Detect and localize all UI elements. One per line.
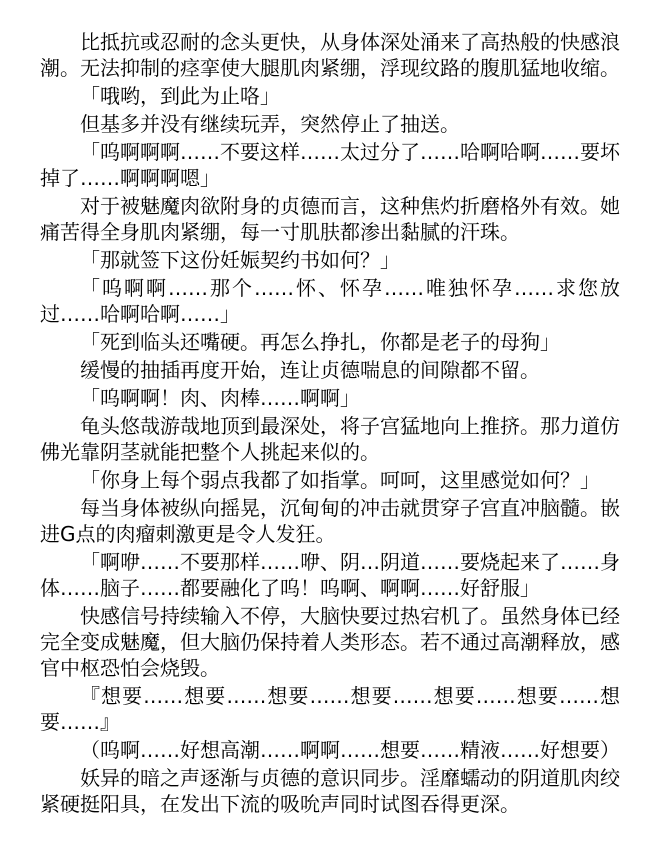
paragraph-narration: 每当身体被纵向摇晃，沉甸甸的冲击就贯穿子宫直冲脑髓。嵌进G点的肉瘤刺激更是令人发… (40, 495, 620, 547)
paragraph-dialogue: 「呜啊啊！肉、肉棒……啊啊」 (40, 385, 620, 411)
paragraph-narration: 比抵抗或忍耐的念头更快，从身体深处涌来了高热般的快感浪潮。无法抑制的痉挛使大腿肌… (40, 29, 620, 81)
paragraph-narration: 缓慢的抽插再度开始，连让贞德喘息的间隙都不留。 (40, 357, 620, 383)
paragraph-narration: 但基多并没有继续玩弄，突然停止了抽送。 (40, 111, 620, 137)
paragraph-dialogue: 「呜啊啊啊……不要这样……太过分了……哈啊哈啊……要坏掉了……啊啊啊嗯」 (40, 139, 620, 191)
paragraph-narration: 龟头悠哉游哉地顶到最深处，将子宫猛地向上推挤。那力道仿佛光靠阴茎就能把整个人挑起… (40, 413, 620, 465)
paragraph-dialogue: 「呜啊啊……那个……怀、怀孕……唯独怀孕……求您放过……哈啊哈啊……」 (40, 275, 620, 327)
paragraph-dialogue: 「哦哟，到此为止咯」 (40, 83, 620, 109)
paragraph-narration: 妖异的暗之声逐渐与贞德的意识同步。淫靡蠕动的阴道肌肉绞紧硬挺阳具，在发出下流的吸… (40, 765, 620, 817)
paragraph-dialogue: 「你身上每个弱点我都了如指掌。呵呵，这里感觉如何？」 (40, 467, 620, 493)
paragraph-dialogue: 「那就签下这份妊娠契约书如何？」 (40, 247, 620, 273)
paragraph-narration: 对于被魅魔肉欲附身的贞德而言，这种焦灼折磨格外有效。她痛苦得全身肌肉紧绷，每一寸… (40, 193, 620, 245)
paragraph-thought: （呜啊……好想高潮……啊啊……想要……精液……好想要） (40, 737, 620, 763)
novel-text-page: 比抵抗或忍耐的念头更快，从身体深处涌来了高热般的快感浪潮。无法抑制的痉挛使大腿肌… (0, 0, 650, 850)
paragraph-inner-voice: 『想要……想要……想要……想要……想要……想要……想要……』 (40, 683, 620, 735)
paragraph-dialogue: 「啊咿……不要那样……咿、阴…阴道……要烧起来了……身体……脑子……都要融化了呜… (40, 549, 620, 601)
paragraph-dialogue: 「死到临头还嘴硬。再怎么挣扎，你都是老子的母狗」 (40, 329, 620, 355)
paragraph-narration: 快感信号持续输入不停，大脑快要过热宕机了。虽然身体已经完全变成魅魔，但大脑仍保持… (40, 603, 620, 681)
